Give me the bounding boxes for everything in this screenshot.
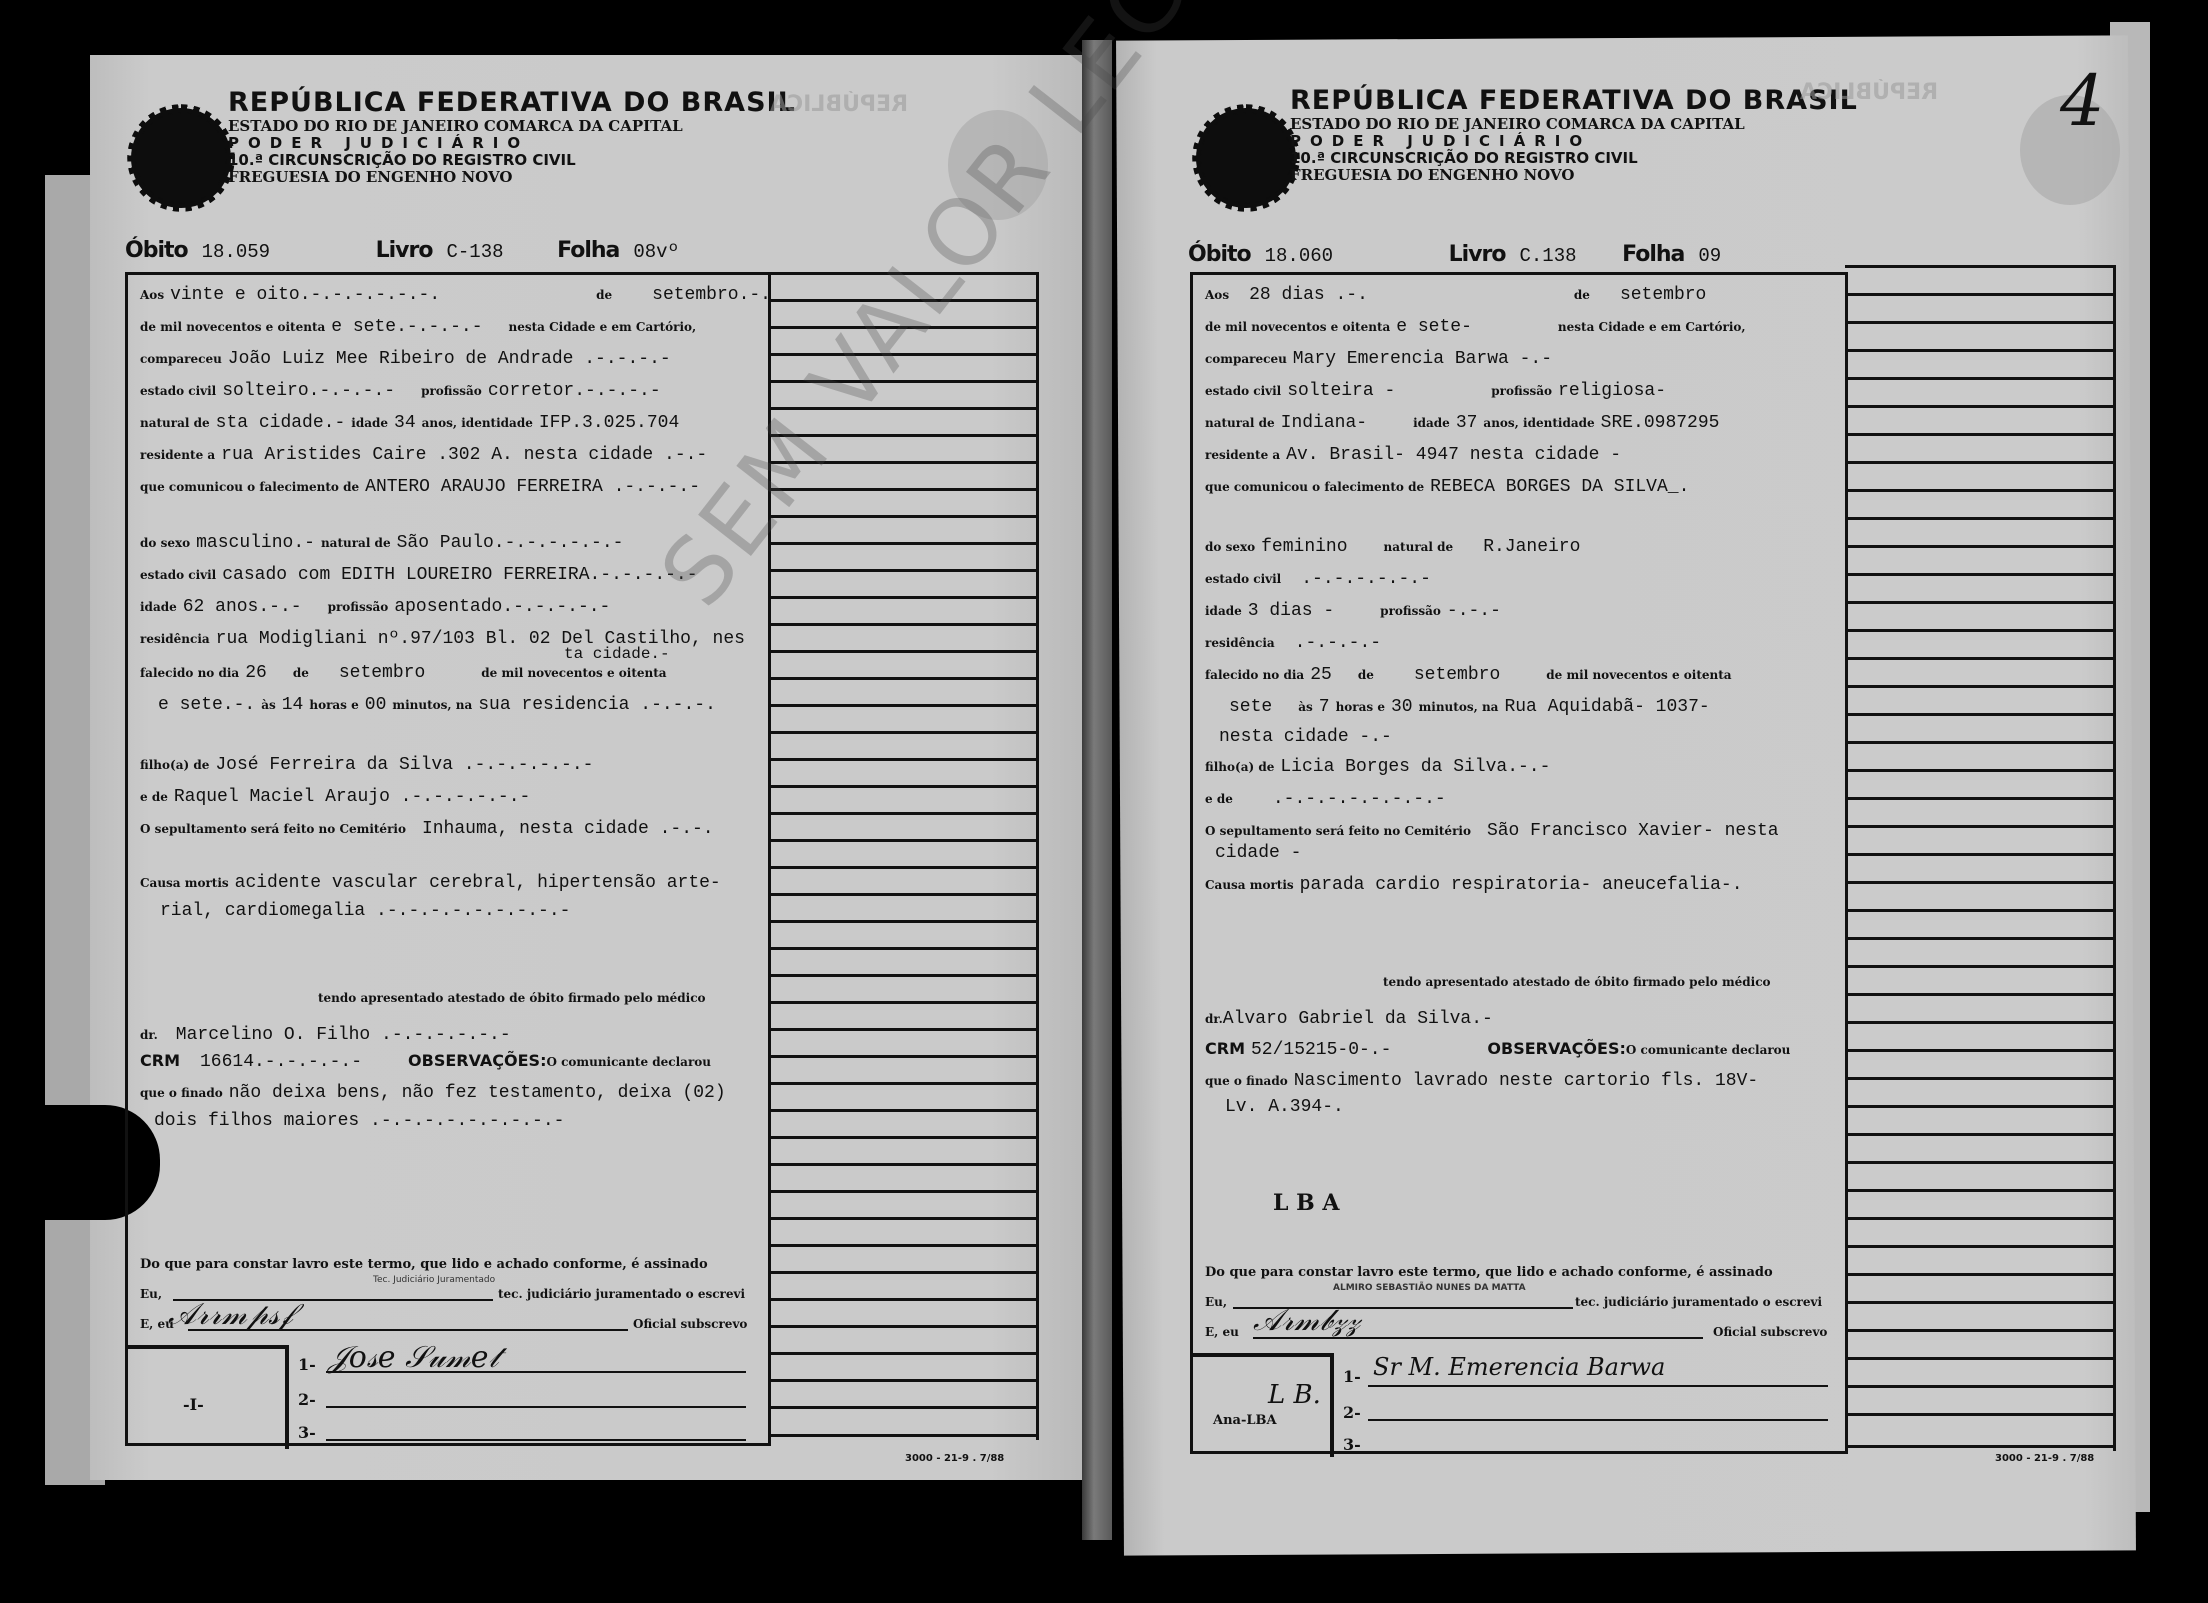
- observations-cont: dois filhos maiores .-.-.-.-.-.-.-.-.-: [154, 1111, 564, 1131]
- residencia-label: residência: [1205, 636, 1275, 650]
- aos-label: Aos: [140, 288, 164, 302]
- official-signature: 𝒜𝓇𝓇𝓂𝓅𝓈𝒻: [168, 1297, 293, 1332]
- witness-2-label: 2-: [1343, 1403, 1361, 1422]
- declarant-civil-status: solteira -: [1287, 381, 1395, 401]
- deceased-birthplace: São Paulo.-.-.-.-.-.-: [397, 533, 624, 553]
- clerk-stamp: Tec. Judiciário Juramentado: [373, 1275, 495, 1285]
- residente-label: residente a: [140, 448, 215, 462]
- idade-label: idade: [351, 416, 388, 430]
- header-state: ESTADO DO RIO DE JANEIRO COMARCA DA CAPI…: [1290, 116, 1858, 133]
- atestado-label: tendo apresentado atestado de óbito firm…: [1383, 975, 1771, 989]
- death-place: Rua Aquidabã- 1037-: [1504, 697, 1709, 717]
- de-label: de: [1358, 668, 1374, 682]
- clerk-stamp: ALMIRO SEBASTIÃO NUNES DA MATTA: [1333, 1283, 1526, 1293]
- cause-of-death: parada cardio respiratoria- aneucefalia-…: [1300, 875, 1743, 895]
- de-label: de: [596, 288, 612, 302]
- aos-label: Aos: [1205, 288, 1229, 302]
- death-minutes: 30: [1391, 697, 1413, 717]
- profissao-label: profissão: [421, 384, 482, 398]
- compareceu-label: compareceu: [1205, 352, 1287, 366]
- header-parish: FREGUESIA DO ENGENHO NOVO: [1290, 167, 1858, 184]
- day-value: vinte e oito.-.-.-.-.-.-.: [170, 285, 440, 305]
- header-parish: FREGUESIA DO ENGENHO NOVO: [228, 169, 796, 186]
- folha-number: 09: [1698, 245, 1721, 267]
- header-title: REPÚBLICA FEDERATIVA DO BRASIL: [228, 88, 796, 118]
- eu-label: Eu,: [1205, 1295, 1227, 1309]
- falecido-dia-label: falecido no dia: [1205, 668, 1304, 682]
- witness-3-line[interactable]: [1368, 1451, 1828, 1453]
- natural-label: natural de: [1384, 540, 1454, 554]
- e-de-label: e de: [1205, 792, 1233, 806]
- minutos-label: minutos, na: [1419, 700, 1499, 714]
- observations: Nascimento lavrado neste cartorio fls. 1…: [1294, 1071, 1758, 1091]
- idade-label: idade: [1205, 604, 1242, 618]
- right-margin-ruled-column: [1845, 265, 2116, 1451]
- observations-cont: Lv. A.394-.: [1225, 1097, 1344, 1117]
- observacoes-label: OBSERVAÇÕES:: [408, 1051, 546, 1070]
- deceased-sex: masculino.-: [196, 533, 315, 553]
- month-value: setembro: [1620, 285, 1706, 305]
- header-circumscription: 10.ª CIRCUNSCRIÇÃO DO REGISTRO CIVIL: [228, 152, 796, 169]
- horas-label: horas e: [1336, 700, 1385, 714]
- death-place: sua residencia .-.-.-.: [478, 695, 716, 715]
- observacoes-intro: O comunicante declarou: [1626, 1043, 1791, 1057]
- declarant-civil-status: solteiro.-.-.-.-: [222, 381, 395, 401]
- header-title: REPÚBLICA FEDERATIVA DO BRASIL: [1290, 86, 1858, 116]
- falecimento-label: que comunicou o falecimento de: [140, 480, 359, 494]
- cidade-label: nesta Cidade e em Cartório,: [1558, 320, 1746, 334]
- month-value: setembro.-.: [652, 285, 771, 305]
- finado-label: que o finado: [140, 1086, 223, 1100]
- second-parent-name: .-.-.-.-.-.-.-.-: [1273, 789, 1446, 809]
- folha-label: Folha: [557, 238, 619, 263]
- initials-mark: L B A: [1273, 1190, 1339, 1216]
- e-de-label: e de: [140, 790, 168, 804]
- medico-label: dr.: [140, 1028, 158, 1042]
- natural-label: natural de: [140, 416, 210, 430]
- left-record-form: Aosvinte e oito.-.-.-.-.-.-.desetembro.-…: [125, 272, 771, 1446]
- corner-page-mark: 4: [2060, 60, 2105, 142]
- estado-civil-label: estado civil: [140, 384, 216, 398]
- parent-name: Licia Borges da Silva.-.-: [1280, 757, 1550, 777]
- box-mark: Ana-LBA: [1213, 1413, 1277, 1428]
- death-month: setembro: [1414, 665, 1500, 685]
- profissao-label: profissão: [1380, 604, 1441, 618]
- oficial-label: Oficial subscrevo: [633, 1317, 747, 1331]
- falecido-dia-label: falecido no dia: [140, 666, 239, 680]
- crm-number: 16614.-.-.-.-.-: [200, 1052, 362, 1072]
- witness-3-label: 3-: [1343, 1435, 1361, 1454]
- death-day: 26: [245, 663, 267, 683]
- death-place-cont: nesta cidade -.-: [1219, 727, 1392, 747]
- witness-1-label: 1-: [298, 1355, 316, 1374]
- observacoes-label: OBSERVAÇÕES:: [1487, 1039, 1625, 1058]
- deceased-name: REBECA BORGES DA SILVA_.: [1430, 477, 1689, 497]
- declarant-id: SRE.0987295: [1601, 413, 1720, 433]
- witness-2-label: 2-: [298, 1390, 316, 1409]
- falecimento-label: que comunicou o falecimento de: [1205, 480, 1424, 494]
- death-year: e sete.-.: [158, 695, 255, 715]
- filiacao-label: filho(a) de: [140, 758, 209, 772]
- cemetery: Inhauma, nesta cidade .-.-.: [422, 819, 714, 839]
- year-label: de mil novecentos e oitenta: [481, 666, 666, 680]
- oficial-label: Oficial subscrevo: [1713, 1325, 1827, 1339]
- death-year: sete: [1229, 697, 1272, 717]
- box-mark: -I-: [183, 1395, 204, 1414]
- cause-of-death: acidente vascular cerebral, hipertensão …: [235, 873, 721, 893]
- header-circumscription: 10.ª CIRCUNSCRIÇÃO DO REGISTRO CIVIL: [1290, 150, 1858, 167]
- witness-1-label: 1-: [1343, 1367, 1361, 1386]
- causa-label: Causa mortis: [1205, 878, 1294, 892]
- declarant-birthplace: Indiana-: [1281, 413, 1367, 433]
- observations: não deixa bens, não fez testamento, deix…: [229, 1083, 726, 1103]
- father-name: José Ferreira da Silva .-.-.-.-.-.-: [215, 755, 593, 775]
- estado-civil-label: estado civil: [140, 568, 216, 582]
- deceased-birthplace: R.Janeiro: [1483, 537, 1580, 557]
- witness-2-line[interactable]: [1368, 1419, 1828, 1421]
- deceased-profession: aposentado.-.-.-.-.-: [394, 597, 610, 617]
- causa-label: Causa mortis: [140, 876, 229, 890]
- as-label: às: [261, 698, 276, 712]
- coat-of-arms-seal-icon: [135, 112, 227, 204]
- declarant-address: Av. Brasil- 4947 nesta cidade -: [1286, 445, 1621, 465]
- year-label: de mil novecentos e oitenta: [1546, 668, 1731, 682]
- year-label: de mil novecentos e oitenta: [1205, 320, 1390, 334]
- livro-label: Livro: [376, 238, 433, 263]
- header-judiciary: PODER JUDICIÁRIO: [1290, 133, 1858, 150]
- deceased-residence-cont: ta cidade.-: [564, 645, 670, 663]
- left-header: REPÚBLICA FEDERATIVA DO BRASIL ESTADO DO…: [228, 88, 796, 186]
- death-hour: 7: [1319, 697, 1330, 717]
- folha-label: Folha: [1622, 242, 1684, 267]
- sepultamento-label: O sepultamento será feito no Cemitério: [1205, 824, 1471, 838]
- death-month: setembro: [339, 663, 425, 683]
- idade-label: idade: [140, 600, 177, 614]
- year-label: de mil novecentos e oitenta: [140, 320, 325, 334]
- livro-number: C-138: [446, 241, 503, 263]
- header-judiciary: PODER JUDICIÁRIO: [228, 135, 796, 152]
- witness-1-line[interactable]: [1368, 1385, 1828, 1387]
- deceased-civil-status: casado com EDITH LOUREIRO FERREIRA.-.-.-…: [222, 565, 697, 585]
- eu-label: Eu,: [140, 1287, 162, 1301]
- folha-number: 08vº: [633, 241, 679, 263]
- de-label: de: [293, 666, 309, 680]
- declarant-name: Mary Emerencia Barwa -.-: [1293, 349, 1552, 369]
- filiacao-label: filho(a) de: [1205, 760, 1274, 774]
- medico-label: dr.: [1205, 1012, 1223, 1026]
- declarant-address: rua Aristides Caire .302 A. nesta cidade…: [221, 445, 707, 465]
- deceased-profession: -.-.-: [1447, 601, 1501, 621]
- witness-1-signature: Sr M. Emerencia Barwa: [1373, 1353, 1665, 1381]
- coat-of-arms-seal-icon: [1200, 112, 1292, 204]
- natural-label: natural de: [1205, 416, 1275, 430]
- residencia-label: residência: [140, 632, 210, 646]
- estado-civil-label: estado civil: [1205, 572, 1281, 586]
- observacoes-intro: O comunicante declarou: [546, 1055, 711, 1069]
- deceased-sex: feminino: [1261, 537, 1347, 557]
- declarant-birthplace: sta cidade.-: [216, 413, 346, 433]
- declarant-name: João Luiz Mee Ribeiro de Andrade .-.-.-.…: [228, 349, 671, 369]
- form-code: 3000 - 21-9 . 7/88: [1995, 1453, 2094, 1464]
- official-signature: 𝒜𝓇𝓂𝒷𝓏𝓏: [1253, 1303, 1360, 1338]
- deceased-age: 62 anos.-.-: [183, 597, 302, 617]
- declarant-age: 37: [1456, 413, 1478, 433]
- estado-civil-label: estado civil: [1205, 384, 1281, 398]
- identidade-label: anos, identidade: [1483, 416, 1594, 430]
- profissao-label: profissão: [1491, 384, 1552, 398]
- sepultamento-label: O sepultamento será feito no Cemitério: [140, 822, 406, 836]
- death-hour: 14: [282, 695, 304, 715]
- minutos-label: minutos, na: [392, 698, 472, 712]
- escrevi-label: tec. judiciário juramentado o escrevi: [1575, 1295, 1822, 1309]
- box-initials: L B.: [1268, 1380, 1321, 1410]
- closing-statement: Do que para constar lavro este termo, qu…: [140, 1257, 708, 1272]
- compareceu-label: compareceu: [140, 352, 222, 366]
- deceased-age: 3 dias -: [1248, 601, 1334, 621]
- cemetery: São Francisco Xavier- nesta: [1487, 821, 1779, 841]
- finado-label: que o finado: [1205, 1074, 1288, 1088]
- bleed-through-text: REPÚBLICA: [770, 92, 908, 117]
- horas-label: horas e: [309, 698, 358, 712]
- crm-number: 52/15215-0-.-: [1251, 1040, 1391, 1060]
- closing-statement: Do que para constar lavro este termo, qu…: [1205, 1265, 1773, 1280]
- right-record-form: Aos28 dias .-.desetembro de mil novecent…: [1190, 272, 1848, 1454]
- residente-label: residente a: [1205, 448, 1280, 462]
- declarant-profession: corretor.-.-.-.-: [488, 381, 661, 401]
- declarant-age: 34: [394, 413, 416, 433]
- e-eu-label: E, eu: [1205, 1325, 1239, 1339]
- witness-2-line[interactable]: [326, 1406, 746, 1408]
- identidade-label: anos, identidade: [422, 416, 533, 430]
- witness-3-line[interactable]: [326, 1439, 746, 1441]
- death-day: 25: [1310, 665, 1332, 685]
- idade-label: idade: [1413, 416, 1450, 430]
- livro-number: C.138: [1519, 245, 1576, 267]
- crm-label: CRM: [1205, 1039, 1245, 1058]
- obito-label: Óbito: [125, 238, 188, 263]
- obito-number: 18.060: [1265, 245, 1333, 267]
- witness-1-signature: 𝒥𝑜𝓈𝑒 𝒮𝓊𝓂𝑒𝓉: [328, 1340, 499, 1375]
- declarant-id: IFP.3.025.704: [539, 413, 679, 433]
- header-state: ESTADO DO RIO DE JANEIRO COMARCA DA CAPI…: [228, 118, 796, 135]
- right-header: REPÚBLICA FEDERATIVA DO BRASIL ESTADO DO…: [1290, 86, 1858, 184]
- doctor-name: Alvaro Gabriel da Silva.-: [1223, 1009, 1493, 1029]
- natural-label: natural de: [321, 536, 391, 550]
- year-value: e sete-: [1396, 317, 1472, 337]
- sexo-label: do sexo: [1205, 540, 1255, 554]
- cemetery-cont: cidade -: [1215, 843, 1301, 863]
- as-label: às: [1298, 700, 1313, 714]
- mother-name: Raquel Maciel Araujo .-.-.-.-.-.-: [174, 787, 530, 807]
- livro-label: Livro: [1449, 242, 1506, 267]
- cidade-label: nesta Cidade e em Cartório,: [509, 320, 697, 334]
- deceased-name: ANTERO ARAUJO FERREIRA .-.-.-.-: [365, 477, 700, 497]
- day-value: 28 dias .-.: [1249, 285, 1368, 305]
- obito-number: 18.059: [202, 241, 270, 263]
- crm-label: CRM: [140, 1051, 180, 1070]
- atestado-label: tendo apresentado atestado de óbito firm…: [318, 991, 706, 1005]
- declarant-profession: religiosa-: [1558, 381, 1666, 401]
- deceased-civil-status: .-.-.-.-.-.-: [1301, 569, 1431, 589]
- deceased-residence: .-.-.-.-: [1295, 633, 1381, 653]
- profissao-label: profissão: [328, 600, 389, 614]
- right-record-ids: Óbito18.060 LivroC.138 Folha09: [1188, 242, 1721, 267]
- form-code: 3000 - 21-9 . 7/88: [905, 1453, 1004, 1464]
- left-box: [125, 1345, 289, 1449]
- bleed-through-text: REPÚBLICA: [1800, 80, 1938, 105]
- cause-of-death-cont: rial, cardiomegalia .-.-.-.-.-.-.-.-.-: [160, 901, 570, 921]
- doctor-name: Marcelino O. Filho .-.-.-.-.-.-: [176, 1025, 511, 1045]
- death-minutes: 00: [365, 695, 387, 715]
- book-spine: [1082, 40, 1112, 1540]
- left-record-ids: Óbito18.059 LivroC-138 Folha08vº: [125, 238, 679, 263]
- sexo-label: do sexo: [140, 536, 190, 550]
- obito-label: Óbito: [1188, 242, 1251, 267]
- de-label: de: [1574, 288, 1590, 302]
- year-value: e sete.-.-.-.-: [331, 317, 482, 337]
- escrevi-label: tec. judiciário juramentado o escrevi: [498, 1287, 745, 1301]
- witness-3-label: 3-: [298, 1423, 316, 1442]
